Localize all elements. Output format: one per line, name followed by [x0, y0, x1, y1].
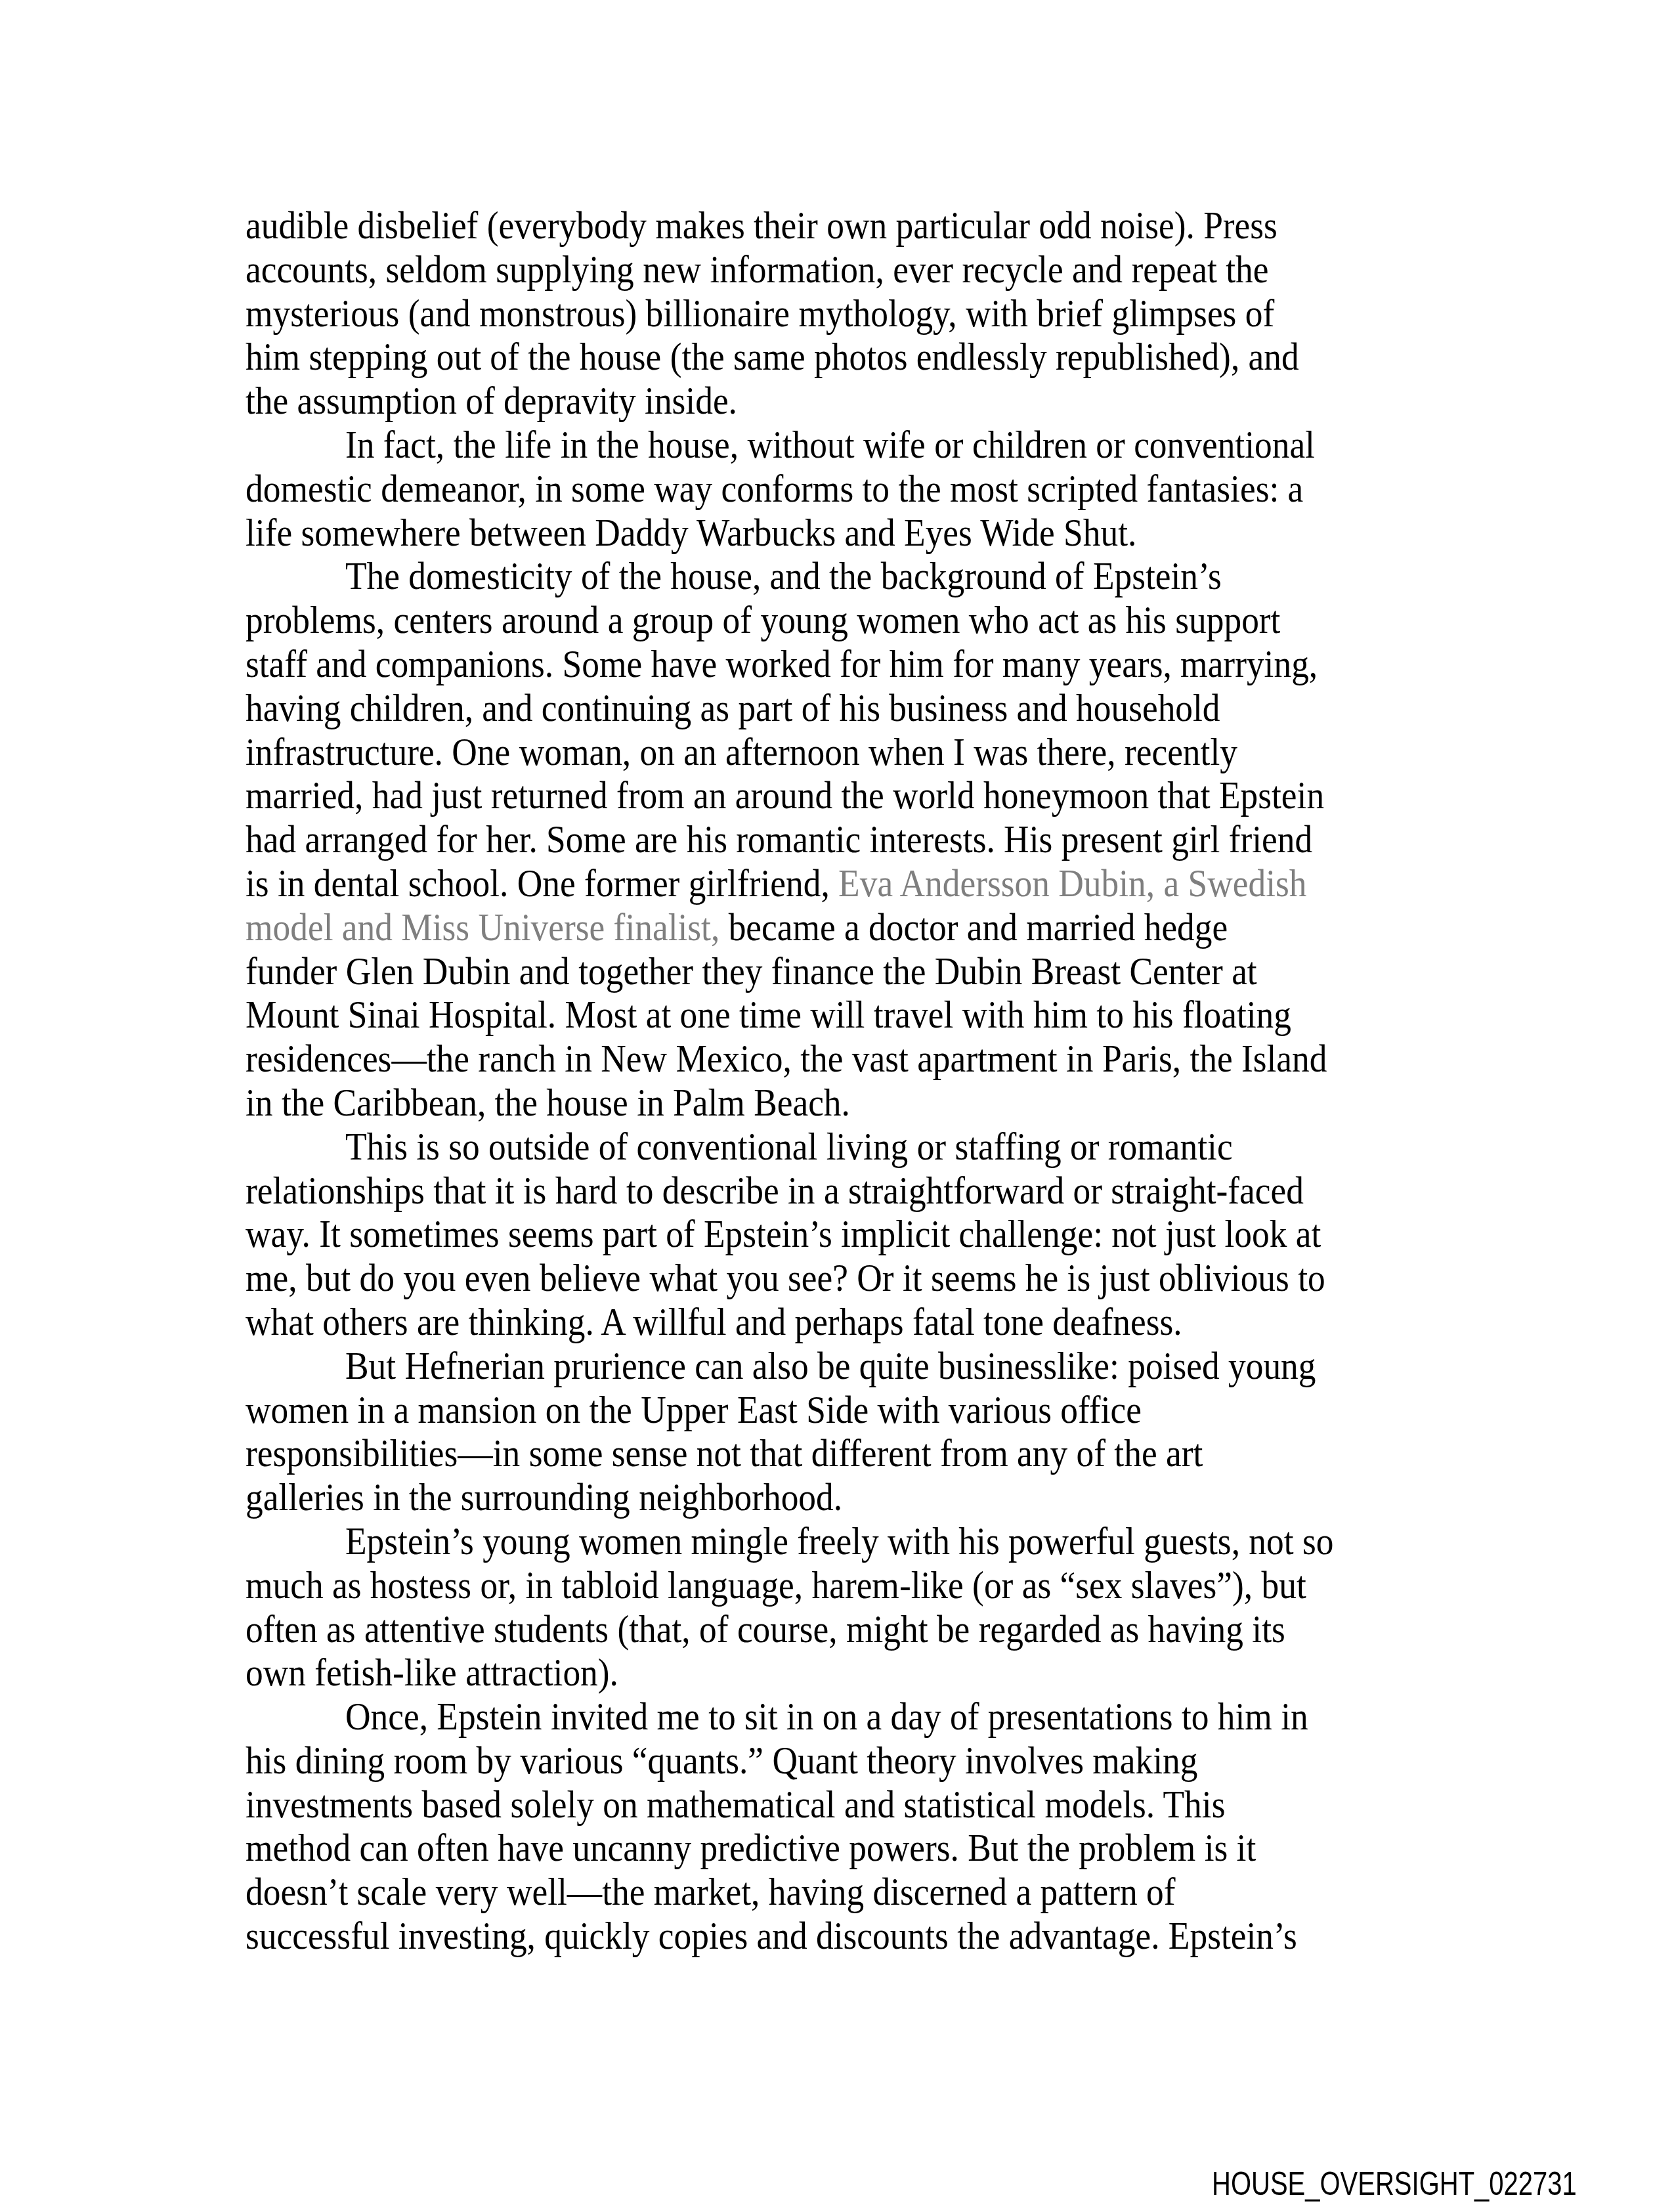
body-text: audible disbelief (everybody makes their… [246, 204, 1493, 1958]
text-line: doesn’t scale very well—the market, havi… [246, 1870, 1493, 1914]
paragraph-first-line: The domesticity of the house, and the ba… [246, 554, 1493, 598]
text-line: is in dental school. One former girlfrie… [246, 861, 1493, 905]
text-line: in the Caribbean, the house in Palm Beac… [246, 1081, 1493, 1125]
text-line: accounts, seldom supplying new informati… [246, 248, 1493, 292]
highlighted-text: Eva Andersson Dubin, a Swedish [838, 861, 1306, 905]
text-line: Mount Sinai Hospital. Most at one time w… [246, 993, 1493, 1037]
text-line: problems, centers around a group of youn… [246, 598, 1493, 642]
paragraph-first-line: Once, Epstein invited me to sit in on a … [246, 1695, 1493, 1739]
text-line: life somewhere between Daddy Warbucks an… [246, 511, 1493, 555]
text-line: residences—the ranch in New Mexico, the … [246, 1037, 1493, 1081]
text-line: often as attentive students (that, of co… [246, 1607, 1493, 1651]
text-line: successful investing, quickly copies and… [246, 1914, 1493, 1958]
text-line: responsibilities—in some sense not that … [246, 1431, 1493, 1475]
paragraph-first-line: In fact, the life in the house, without … [246, 423, 1493, 467]
text-line: had arranged for her. Some are his roman… [246, 817, 1493, 861]
text-line: him stepping out of the house (the same … [246, 335, 1493, 379]
text-line: model and Miss Universe finalist, became… [246, 905, 1493, 949]
text-line: much as hostess or, in tabloid language,… [246, 1563, 1493, 1607]
text-line: investments based solely on mathematical… [246, 1783, 1493, 1827]
text-line: relationships that it is hard to describ… [246, 1169, 1493, 1213]
text-line: having children, and continuing as part … [246, 686, 1493, 730]
paragraph-first-line: But Hefnerian prurience can also be quit… [246, 1344, 1493, 1388]
highlighted-text: model and Miss Universe finalist, [246, 905, 719, 949]
paragraph-first-line: This is so outside of conventional livin… [246, 1125, 1493, 1169]
paragraph-first-line: Epstein’s young women mingle freely with… [246, 1519, 1493, 1563]
text-line: his dining room by various “quants.” Qua… [246, 1739, 1493, 1783]
text-line: way. It sometimes seems part of Epstein’… [246, 1212, 1493, 1256]
text-line: married, had just returned from an aroun… [246, 773, 1493, 817]
document-page: audible disbelief (everybody makes their… [0, 0, 1674, 2212]
text-line: galleries in the surrounding neighborhoo… [246, 1475, 1493, 1519]
text-line: audible disbelief (everybody makes their… [246, 204, 1493, 248]
text-line: women in a mansion on the Upper East Sid… [246, 1388, 1493, 1432]
text-line: what others are thinking. A willful and … [246, 1300, 1493, 1344]
text-line: own fetish-like attraction). [246, 1651, 1493, 1695]
text-line: method can often have uncanny predictive… [246, 1826, 1493, 1870]
text-line: me, but do you even believe what you see… [246, 1256, 1493, 1300]
text-line: funder Glen Dubin and together they fina… [246, 949, 1493, 993]
text-line: mysterious (and monstrous) billionaire m… [246, 292, 1493, 336]
text-line: staff and companions. Some have worked f… [246, 642, 1493, 686]
text-line: infrastructure. One woman, on an afterno… [246, 730, 1493, 774]
text-line: domestic demeanor, in some way conforms … [246, 467, 1493, 511]
text-line: the assumption of depravity inside. [246, 379, 1493, 423]
bates-number: HOUSE_OVERSIGHT_022731 [1212, 2164, 1577, 2203]
